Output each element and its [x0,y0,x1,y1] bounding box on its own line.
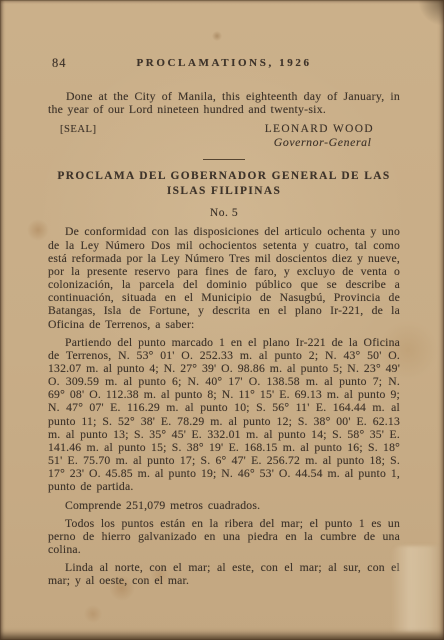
attestation-paragraph: Done at the City of Manila, this eightee… [48,90,400,116]
signature-name: LEONARD WOOD [265,123,374,135]
proclamation-title-line-1: PROCLAMA DEL GOBERNADOR GENERAL DE LAS [48,169,400,184]
signature-block: LEONARD WOOD Governor-General [265,123,374,150]
body-paragraph-survey: Partiendo del punto marcado 1 en el plan… [48,336,400,494]
scanned-page: 84 PROCLAMATIONS, 1926 Done at the City … [0,0,444,640]
proclamation-title: PROCLAMA DEL GOBERNADOR GENERAL DE LAS I… [48,169,400,199]
running-header: 84 PROCLAMATIONS, 1926 [48,56,400,71]
page-content: 84 PROCLAMATIONS, 1926 Done at the City … [0,0,444,587]
body-paragraph-boundaries: Linda al norte, con el mar; al este, con… [48,561,400,587]
proclamation-number: No. 5 [48,206,400,219]
running-header-title: PROCLAMATIONS, 1926 [48,57,400,69]
body-paragraph-area: Comprende 251,079 metros cuadrados. [48,499,400,512]
section-divider [203,159,245,160]
signature-title: Governor-General [265,135,372,149]
body-paragraph-points: Todos los puntos están en la ribera del … [48,517,400,556]
proclamation-title-line-2: ISLAS FILIPINAS [48,184,400,199]
body-paragraph-preamble: De conformidad con las disposiciones del… [48,225,400,330]
signature-row: [SEAL] LEONARD WOOD Governor-General [48,123,400,150]
seal-label: [SEAL] [48,123,97,150]
